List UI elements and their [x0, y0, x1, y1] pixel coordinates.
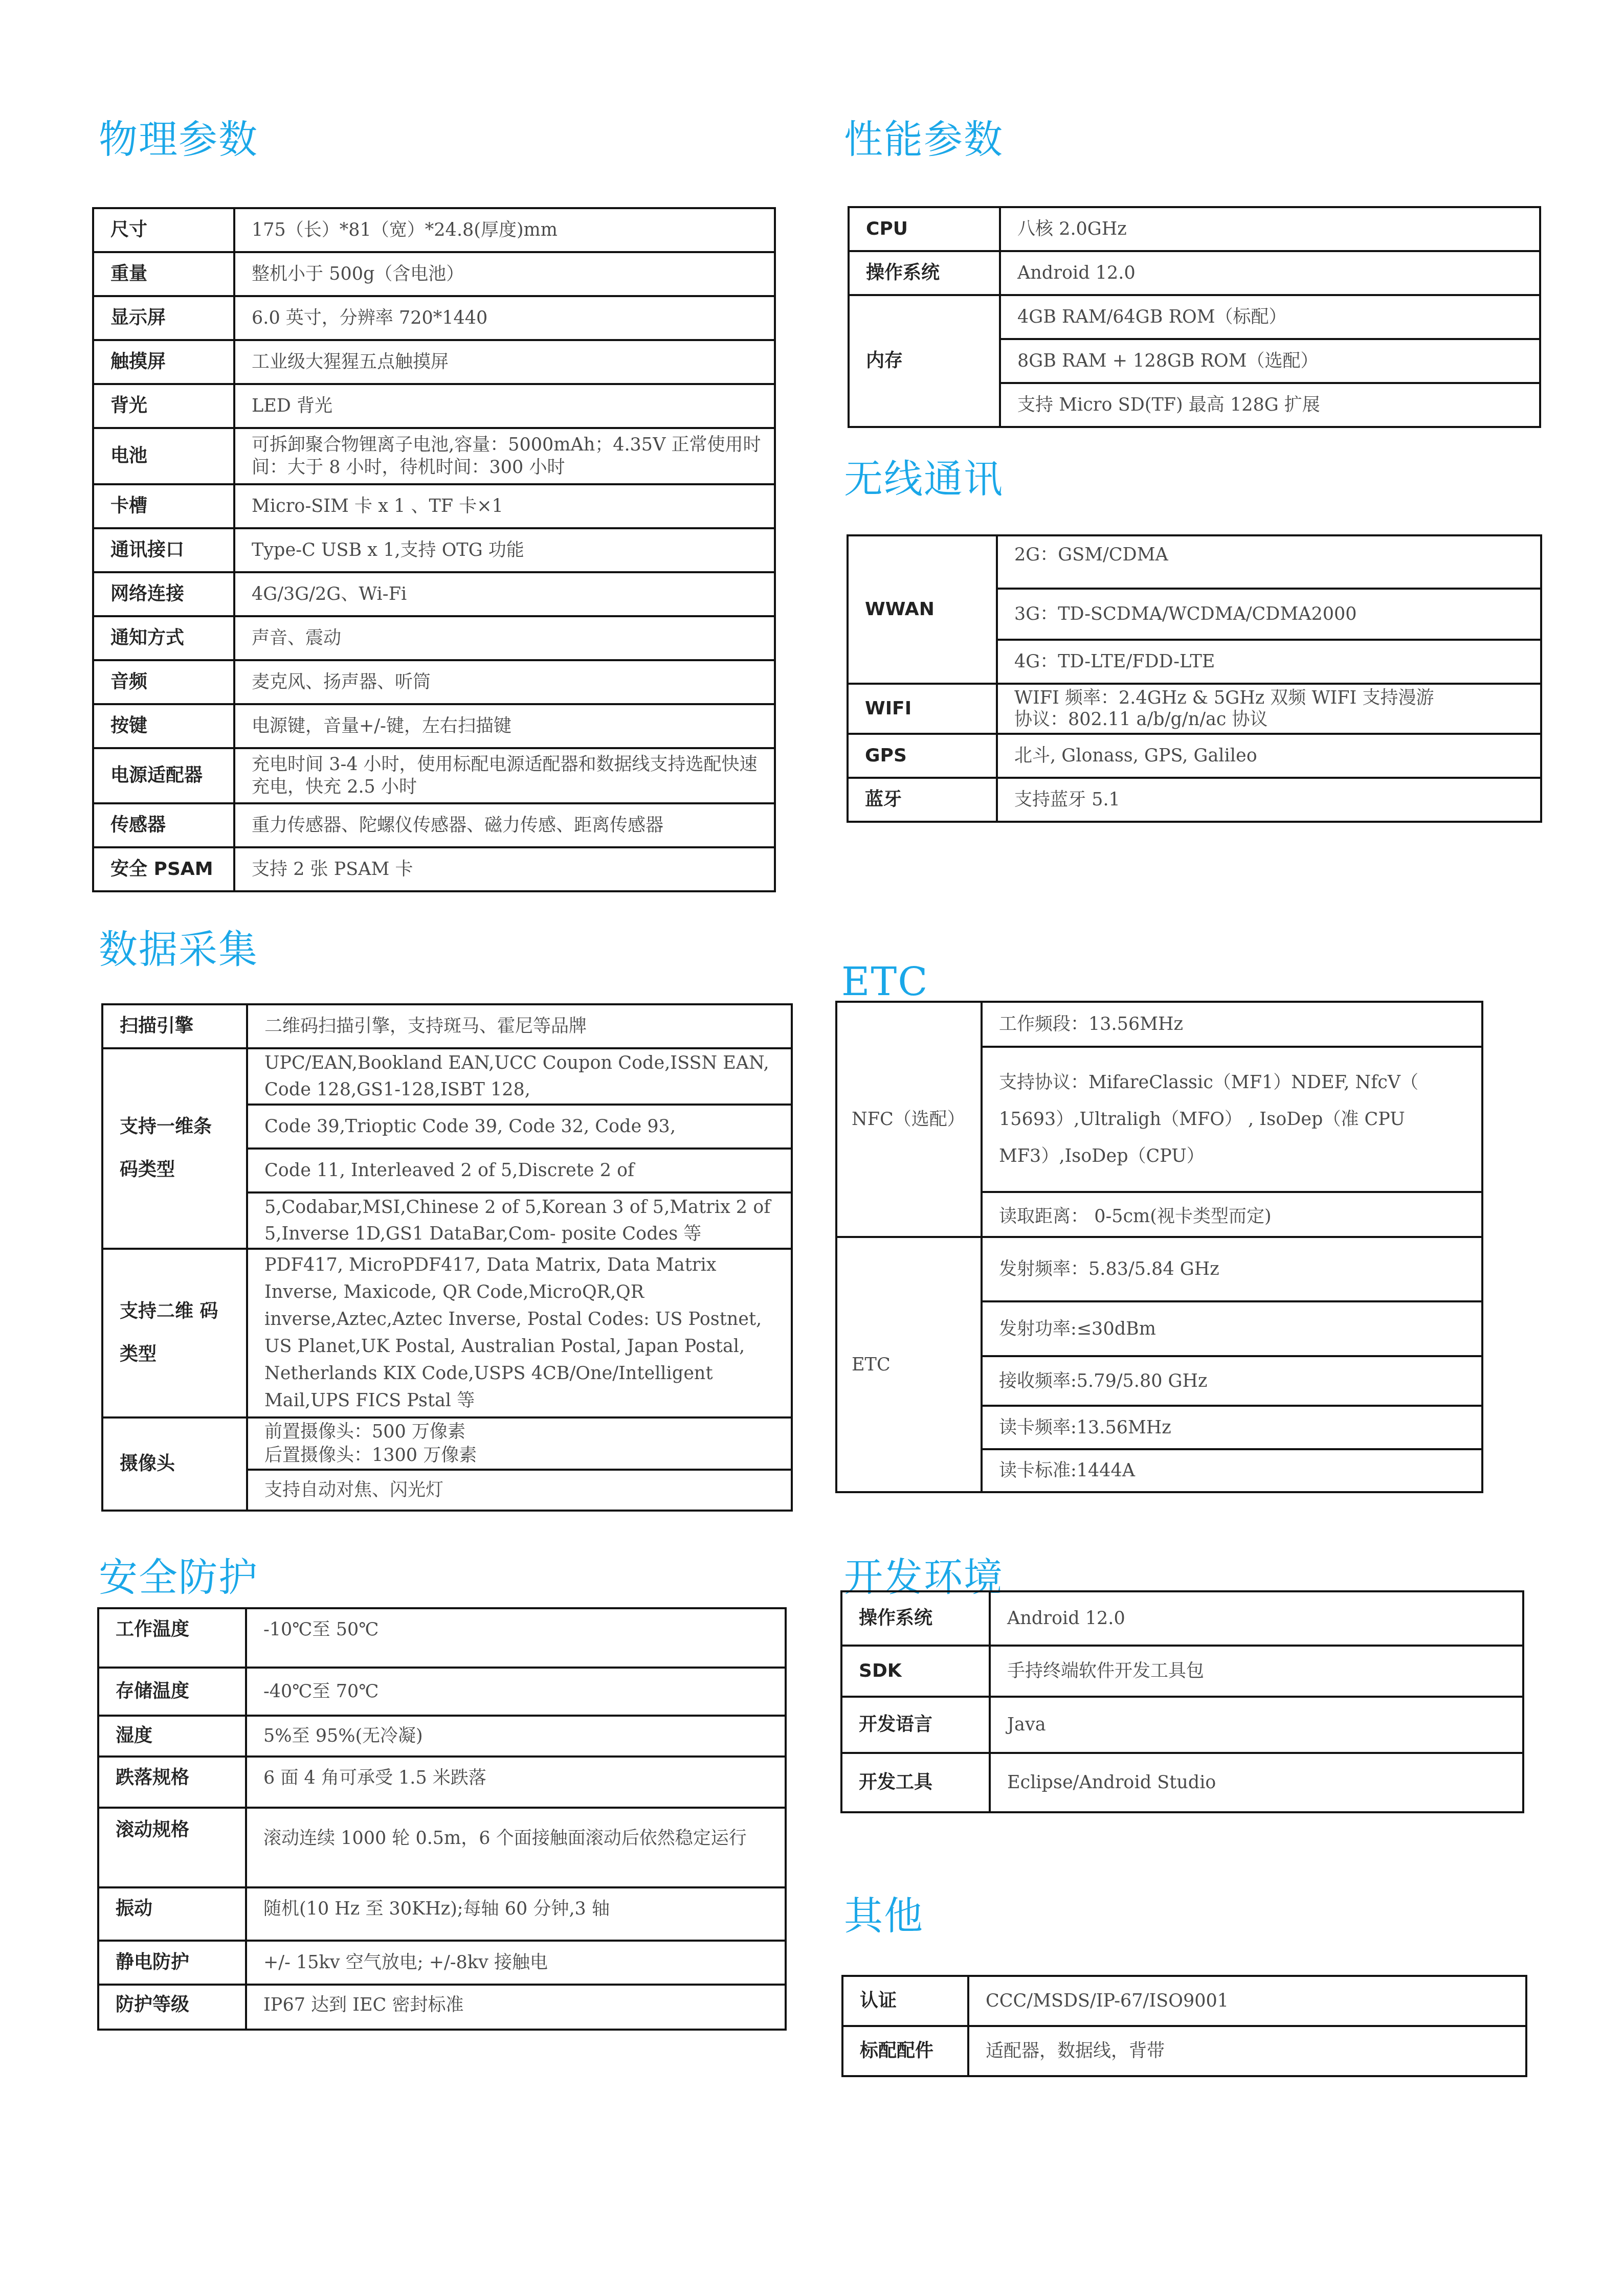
dev-env-spec-table: 操作系统Android 12.0 SDK手持终端软件开发工具包 开发语言Java…	[840, 1590, 1524, 1813]
spec-value: Code 11, Interleaved 2 of 5,Discrete 2 o…	[247, 1149, 792, 1192]
spec-value: Type-C USB x 1,支持 OTG 功能	[234, 528, 775, 572]
spec-value: 发射频率：5.83/5.84 GHz	[982, 1237, 1482, 1301]
table-row: WWAN2G：GSM/CDMA	[848, 535, 1541, 589]
spec-value: 前置摄像头：500 万像素 后置摄像头：1300 万像素	[247, 1417, 792, 1470]
spec-value: 随机(10 Hz 至 30KHz);每轴 60 分钟,3 轴	[246, 1887, 786, 1941]
wifi-protocol-line: 协议：802.11 a/b/g/n/ac 协议	[1014, 709, 1529, 730]
table-row: 内存4GB RAM/64GB ROM（标配）	[849, 295, 1540, 339]
spec-label: 卡槽	[93, 484, 234, 528]
table-row: 开发工具Eclipse/Android Studio	[841, 1753, 1523, 1812]
protection-spec-table: 工作温度-10℃至 50℃ 存储温度-40℃至 70℃ 湿度5%至 95%(无冷…	[97, 1607, 787, 2031]
spec-label: GPS	[848, 734, 997, 778]
spec-value: 二维码扫描引擎，支持斑马、霍尼等品牌	[247, 1004, 792, 1048]
spec-label: 支持二维 码类型	[102, 1249, 247, 1417]
section-title-etc: ETC	[841, 959, 928, 1005]
spec-value: 2G：GSM/CDMA	[997, 535, 1541, 589]
table-row: 通讯接口Type-C USB x 1,支持 OTG 功能	[93, 528, 775, 572]
spec-value: 8GB RAM + 128GB ROM（选配）	[1000, 339, 1540, 383]
table-row: ETC发射频率：5.83/5.84 GHz	[836, 1237, 1482, 1301]
spec-label: ETC	[836, 1237, 982, 1492]
spec-value: 支持 2 张 PSAM 卡	[234, 847, 775, 891]
performance-spec-table: CPU八核 2.0GHz 操作系统Android 12.0 内存4GB RAM/…	[848, 206, 1541, 428]
spec-value: CCC/MSDS/IP-67/ISO9001	[968, 1976, 1526, 2026]
spec-value: 6.0 英寸，分辨率 720*1440	[234, 296, 775, 340]
spec-label: 触摸屏	[93, 340, 234, 384]
table-row: SDK手持终端软件开发工具包	[841, 1646, 1523, 1697]
spec-label: 认证	[842, 1976, 968, 2026]
spec-value: 3G：TD-SCDMA/WCDMA/CDMA2000	[997, 589, 1541, 640]
spec-label: 网络连接	[93, 572, 234, 616]
spec-value: 175（长）*81（宽）*24.8(厚度)mm	[234, 208, 775, 252]
table-row: 开发语言Java	[841, 1697, 1523, 1753]
table-row: 跌落规格6 面 4 角可承受 1.5 米跌落	[98, 1757, 786, 1808]
section-title-data-capture: 数据采集	[99, 927, 258, 973]
table-row: 触摸屏工业级大猩猩五点触摸屏	[93, 340, 775, 384]
spec-label: 摄像头	[102, 1417, 247, 1511]
spec-label: 操作系统	[849, 251, 1000, 295]
table-row: 认证CCC/MSDS/IP-67/ISO9001	[842, 1976, 1526, 2026]
spec-value: 4G/3G/2G、Wi-Fi	[234, 572, 775, 616]
table-row: 尺寸175（长）*81（宽）*24.8(厚度)mm	[93, 208, 775, 252]
spec-value: 充电时间 3-4 小时，使用标配电源适配器和数据线支持选配快速充电，快充 2.5…	[234, 748, 775, 803]
spec-value: 发射功率:≤30dBm	[982, 1301, 1482, 1356]
spec-label: CPU	[849, 207, 1000, 251]
table-row: 电池可拆卸聚合物锂离子电池,容量：5000mAh；4.35V 正常使用时间：大于…	[93, 428, 775, 484]
wireless-spec-table: WWAN2G：GSM/CDMA 3G：TD-SCDMA/WCDMA/CDMA20…	[847, 534, 1542, 823]
spec-value: 读取距离： 0-5cm(视卡类型而定)	[982, 1192, 1482, 1237]
spec-value: 麦克风、扬声器、听筒	[234, 660, 775, 704]
spec-label: 通知方式	[93, 616, 234, 660]
spec-value: +/- 15kv 空气放电; +/-8kv 接触电	[246, 1941, 786, 1985]
spec-label: WIFI	[848, 684, 997, 734]
table-row: 音频麦克风、扬声器、听筒	[93, 660, 775, 704]
table-row: WIFI WIFI 频率：2.4GHz & 5GHz 双频 WIFI 支持漫游 …	[848, 684, 1541, 734]
spec-label: 跌落规格	[98, 1757, 246, 1808]
table-row: 网络连接4G/3G/2G、Wi-Fi	[93, 572, 775, 616]
spec-label: 滚动规格	[98, 1808, 246, 1887]
spec-label: 开发语言	[841, 1697, 990, 1753]
spec-value: 适配器，数据线，背带	[968, 2026, 1526, 2076]
table-row: 操作系统Android 12.0	[849, 251, 1540, 295]
table-row: 卡槽Micro-SIM 卡 x 1 、TF 卡×1	[93, 484, 775, 528]
spec-label: 电池	[93, 428, 234, 484]
other-spec-table: 认证CCC/MSDS/IP-67/ISO9001 标配配件适配器，数据线，背带	[841, 1975, 1527, 2077]
table-row: 重量整机小于 500g（含电池）	[93, 252, 775, 296]
spec-value: 支持蓝牙 5.1	[997, 778, 1541, 822]
spec-label: SDK	[841, 1646, 990, 1697]
table-row: 电源适配器充电时间 3-4 小时，使用标配电源适配器和数据线支持选配快速充电，快…	[93, 748, 775, 803]
spec-value: Code 39,Trioptic Code 39, Code 32, Code …	[247, 1105, 792, 1149]
table-row: 扫描引擎二维码扫描引擎，支持斑马、霍尼等品牌	[102, 1004, 792, 1048]
spec-value: Eclipse/Android Studio	[990, 1753, 1523, 1812]
section-title-protection: 安全防护	[99, 1555, 258, 1601]
spec-label: 操作系统	[841, 1591, 990, 1646]
spec-value: 可拆卸聚合物锂离子电池,容量：5000mAh；4.35V 正常使用时间：大于 8…	[234, 428, 775, 484]
spec-label: 防护等级	[98, 1985, 246, 2030]
table-row: 显示屏6.0 英寸，分辨率 720*1440	[93, 296, 775, 340]
physical-spec-table: 尺寸175（长）*81（宽）*24.8(厚度)mm 重量整机小于 500g（含电…	[92, 207, 776, 892]
table-row: 操作系统Android 12.0	[841, 1591, 1523, 1646]
table-row: 背光LED 背光	[93, 384, 775, 428]
section-title-physical: 物理参数	[99, 117, 258, 163]
spec-label: 内存	[849, 295, 1000, 427]
spec-label: 蓝牙	[848, 778, 997, 822]
section-title-wireless: 无线通讯	[844, 456, 1004, 502]
spec-value: 支持协议：MifareClassic（MF1）NDEF, NfcV（ 15693…	[982, 1047, 1482, 1192]
spec-value: 手持终端软件开发工具包	[990, 1646, 1523, 1697]
spec-value: 支持自动对焦、闪光灯	[247, 1470, 792, 1511]
spec-label: 支持一维条 码类型	[102, 1048, 247, 1249]
spec-value: Android 12.0	[990, 1591, 1523, 1646]
table-row: 标配配件适配器，数据线，背带	[842, 2026, 1526, 2076]
section-title-other: 其他	[844, 1893, 924, 1939]
spec-label: NFC（选配）	[836, 1002, 982, 1237]
spec-label: 工作温度	[98, 1608, 246, 1668]
spec-value: 整机小于 500g（含电池）	[234, 252, 775, 296]
spec-label: 通讯接口	[93, 528, 234, 572]
spec-label: 开发工具	[841, 1753, 990, 1812]
spec-value: 读卡频率:13.56MHz	[982, 1406, 1482, 1449]
table-row: 蓝牙支持蓝牙 5.1	[848, 778, 1541, 822]
spec-label: 存储温度	[98, 1668, 246, 1716]
spec-label: 电源适配器	[93, 748, 234, 803]
table-row: 防护等级IP67 达到 IEC 密封标准	[98, 1985, 786, 2030]
table-row: 滚动规格滚动连续 1000 轮 0.5m，6 个面接触面滚动后依然稳定运行	[98, 1808, 786, 1887]
table-row: 振动随机(10 Hz 至 30KHz);每轴 60 分钟,3 轴	[98, 1887, 786, 1941]
spec-value: 读卡标准:1444A	[982, 1449, 1482, 1492]
spec-label: 湿度	[98, 1716, 246, 1757]
table-row: 支持一维条 码类型 UPC/EAN,Bookland EAN,UCC Coupo…	[102, 1048, 792, 1105]
spec-value: PDF417, MicroPDF417, Data Matrix, Data M…	[247, 1249, 792, 1417]
table-row: 静电防护+/- 15kv 空气放电; +/-8kv 接触电	[98, 1941, 786, 1985]
spec-value: IP67 达到 IEC 密封标准	[246, 1985, 786, 2030]
table-row: 存储温度-40℃至 70℃	[98, 1668, 786, 1716]
table-row: 支持二维 码类型 PDF417, MicroPDF417, Data Matri…	[102, 1249, 792, 1417]
spec-value: UPC/EAN,Bookland EAN,UCC Coupon Code,ISS…	[247, 1048, 792, 1105]
section-title-performance: 性能参数	[844, 117, 1004, 163]
spec-label: 重量	[93, 252, 234, 296]
spec-label: 标配配件	[842, 2026, 968, 2076]
spec-value: WIFI 频率：2.4GHz & 5GHz 双频 WIFI 支持漫游 协议：80…	[997, 684, 1541, 734]
table-row: 通知方式声音、震动	[93, 616, 775, 660]
table-row: 传感器重力传感器、陀螺仪传感器、磁力传感、距离传感器	[93, 803, 775, 847]
spec-value: 滚动连续 1000 轮 0.5m，6 个面接触面滚动后依然稳定运行	[246, 1808, 786, 1887]
spec-value: Android 12.0	[1000, 251, 1540, 295]
table-row: GPS北斗, Glonass, GPS, Galileo	[848, 734, 1541, 778]
table-row: NFC（选配）工作频段：13.56MHz	[836, 1002, 1482, 1047]
spec-label: 尺寸	[93, 208, 234, 252]
spec-value: 电源键，音量+/-键，左右扫描键	[234, 704, 775, 748]
table-row: 按键电源键，音量+/-键，左右扫描键	[93, 704, 775, 748]
spec-value: -40℃至 70℃	[246, 1668, 786, 1716]
table-row: 湿度5%至 95%(无冷凝)	[98, 1716, 786, 1757]
spec-value: LED 背光	[234, 384, 775, 428]
spec-value: 接收频率:5.79/5.80 GHz	[982, 1356, 1482, 1406]
spec-value: 6 面 4 角可承受 1.5 米跌落	[246, 1757, 786, 1808]
spec-value: 5,Codabar,MSI,Chinese 2 of 5,Korean 3 of…	[247, 1192, 792, 1249]
spec-value: 工业级大猩猩五点触摸屏	[234, 340, 775, 384]
spec-label: WWAN	[848, 535, 997, 684]
spec-label: 传感器	[93, 803, 234, 847]
table-row: 安全 PSAM支持 2 张 PSAM 卡	[93, 847, 775, 891]
spec-label: 按键	[93, 704, 234, 748]
spec-label: 安全 PSAM	[93, 847, 234, 891]
spec-value: Micro-SIM 卡 x 1 、TF 卡×1	[234, 484, 775, 528]
spec-value: 4GB RAM/64GB ROM（标配）	[1000, 295, 1540, 339]
data-capture-spec-table: 扫描引擎二维码扫描引擎，支持斑马、霍尼等品牌 支持一维条 码类型 UPC/EAN…	[101, 1003, 793, 1512]
spec-label: 背光	[93, 384, 234, 428]
spec-value: Java	[990, 1697, 1523, 1753]
table-row: CPU八核 2.0GHz	[849, 207, 1540, 251]
etc-spec-table: NFC（选配）工作频段：13.56MHz 支持协议：MifareClassic（…	[835, 1001, 1483, 1493]
spec-label: 音频	[93, 660, 234, 704]
spec-value: 4G：TD-LTE/FDD-LTE	[997, 640, 1541, 684]
front-camera-line: 前置摄像头：500 万像素	[264, 1420, 780, 1444]
spec-value: 北斗, Glonass, GPS, Galileo	[997, 734, 1541, 778]
spec-value: 重力传感器、陀螺仪传感器、磁力传感、距离传感器	[234, 803, 775, 847]
spec-value: 5%至 95%(无冷凝)	[246, 1716, 786, 1757]
spec-label: 显示屏	[93, 296, 234, 340]
spec-label: 扫描引擎	[102, 1004, 247, 1048]
spec-value: 支持 Micro SD(TF) 最高 128G 扩展	[1000, 383, 1540, 427]
spec-value: -10℃至 50℃	[246, 1608, 786, 1668]
spec-label: 静电防护	[98, 1941, 246, 1985]
table-row: 工作温度-10℃至 50℃	[98, 1608, 786, 1668]
spec-label: 振动	[98, 1887, 246, 1941]
spec-value: 工作频段：13.56MHz	[982, 1002, 1482, 1047]
rear-camera-line: 后置摄像头：1300 万像素	[264, 1444, 780, 1467]
table-row: 摄像头 前置摄像头：500 万像素 后置摄像头：1300 万像素	[102, 1417, 792, 1470]
spec-value: 八核 2.0GHz	[1000, 207, 1540, 251]
spec-value: 声音、震动	[234, 616, 775, 660]
wifi-frequency-line: WIFI 频率：2.4GHz & 5GHz 双频 WIFI 支持漫游	[1014, 687, 1529, 709]
